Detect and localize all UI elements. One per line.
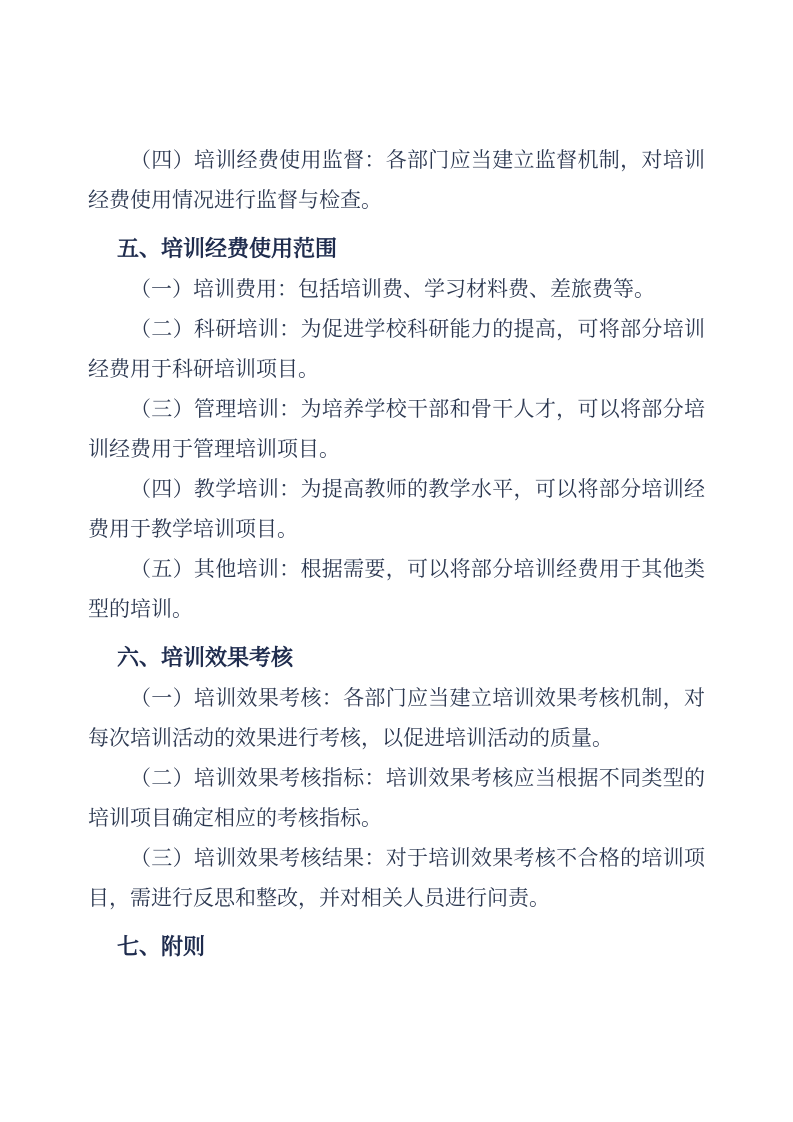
- document-page: （四）培训经费使用监督：各部门应当建立监督机制，对培训经费使用情况进行监督与检查…: [0, 0, 793, 1122]
- paragraph-effect-review: （一）培训效果考核：各部门应当建立培训效果考核机制，对每次培训活动的效果进行考核…: [88, 678, 705, 758]
- paragraph-supervision: （四）培训经费使用监督：各部门应当建立监督机制，对培训经费使用情况进行监督与检查…: [88, 140, 705, 220]
- paragraph-teaching-training: （四）教学培训：为提高教师的教学水平，可以将部分培训经费用于教学培训项目。: [88, 469, 705, 549]
- paragraph-management-training: （三）管理培训：为培养学校干部和骨干人才，可以将部分培训经费用于管理培训项目。: [88, 389, 705, 469]
- paragraph-review-indicators: （二）培训效果考核指标：培训效果考核应当根据不同类型的培训项目确定相应的考核指标…: [88, 758, 705, 838]
- section-heading-effect-review: 六、培训效果考核: [88, 638, 705, 678]
- section-heading-usage-scope: 五、培训经费使用范围: [88, 229, 705, 269]
- paragraph-research-training: （二）科研培训：为促进学校科研能力的提高，可将部分培训经费用于科研培训项目。: [88, 309, 705, 389]
- paragraph-other-training: （五）其他培训：根据需要，可以将部分培训经费用于其他类型的培训。: [88, 549, 705, 629]
- document-viewport: { "page": { "background": "#ffffff", "bo…: [0, 0, 793, 1122]
- paragraph-training-cost: （一）培训费用：包括培训费、学习材料费、差旅费等。: [88, 269, 705, 309]
- paragraph-review-results: （三）培训效果考核结果：对于培训效果考核不合格的培训项目，需进行反思和整改，并对…: [88, 838, 705, 918]
- section-heading-appendix: 七、附则: [88, 927, 705, 967]
